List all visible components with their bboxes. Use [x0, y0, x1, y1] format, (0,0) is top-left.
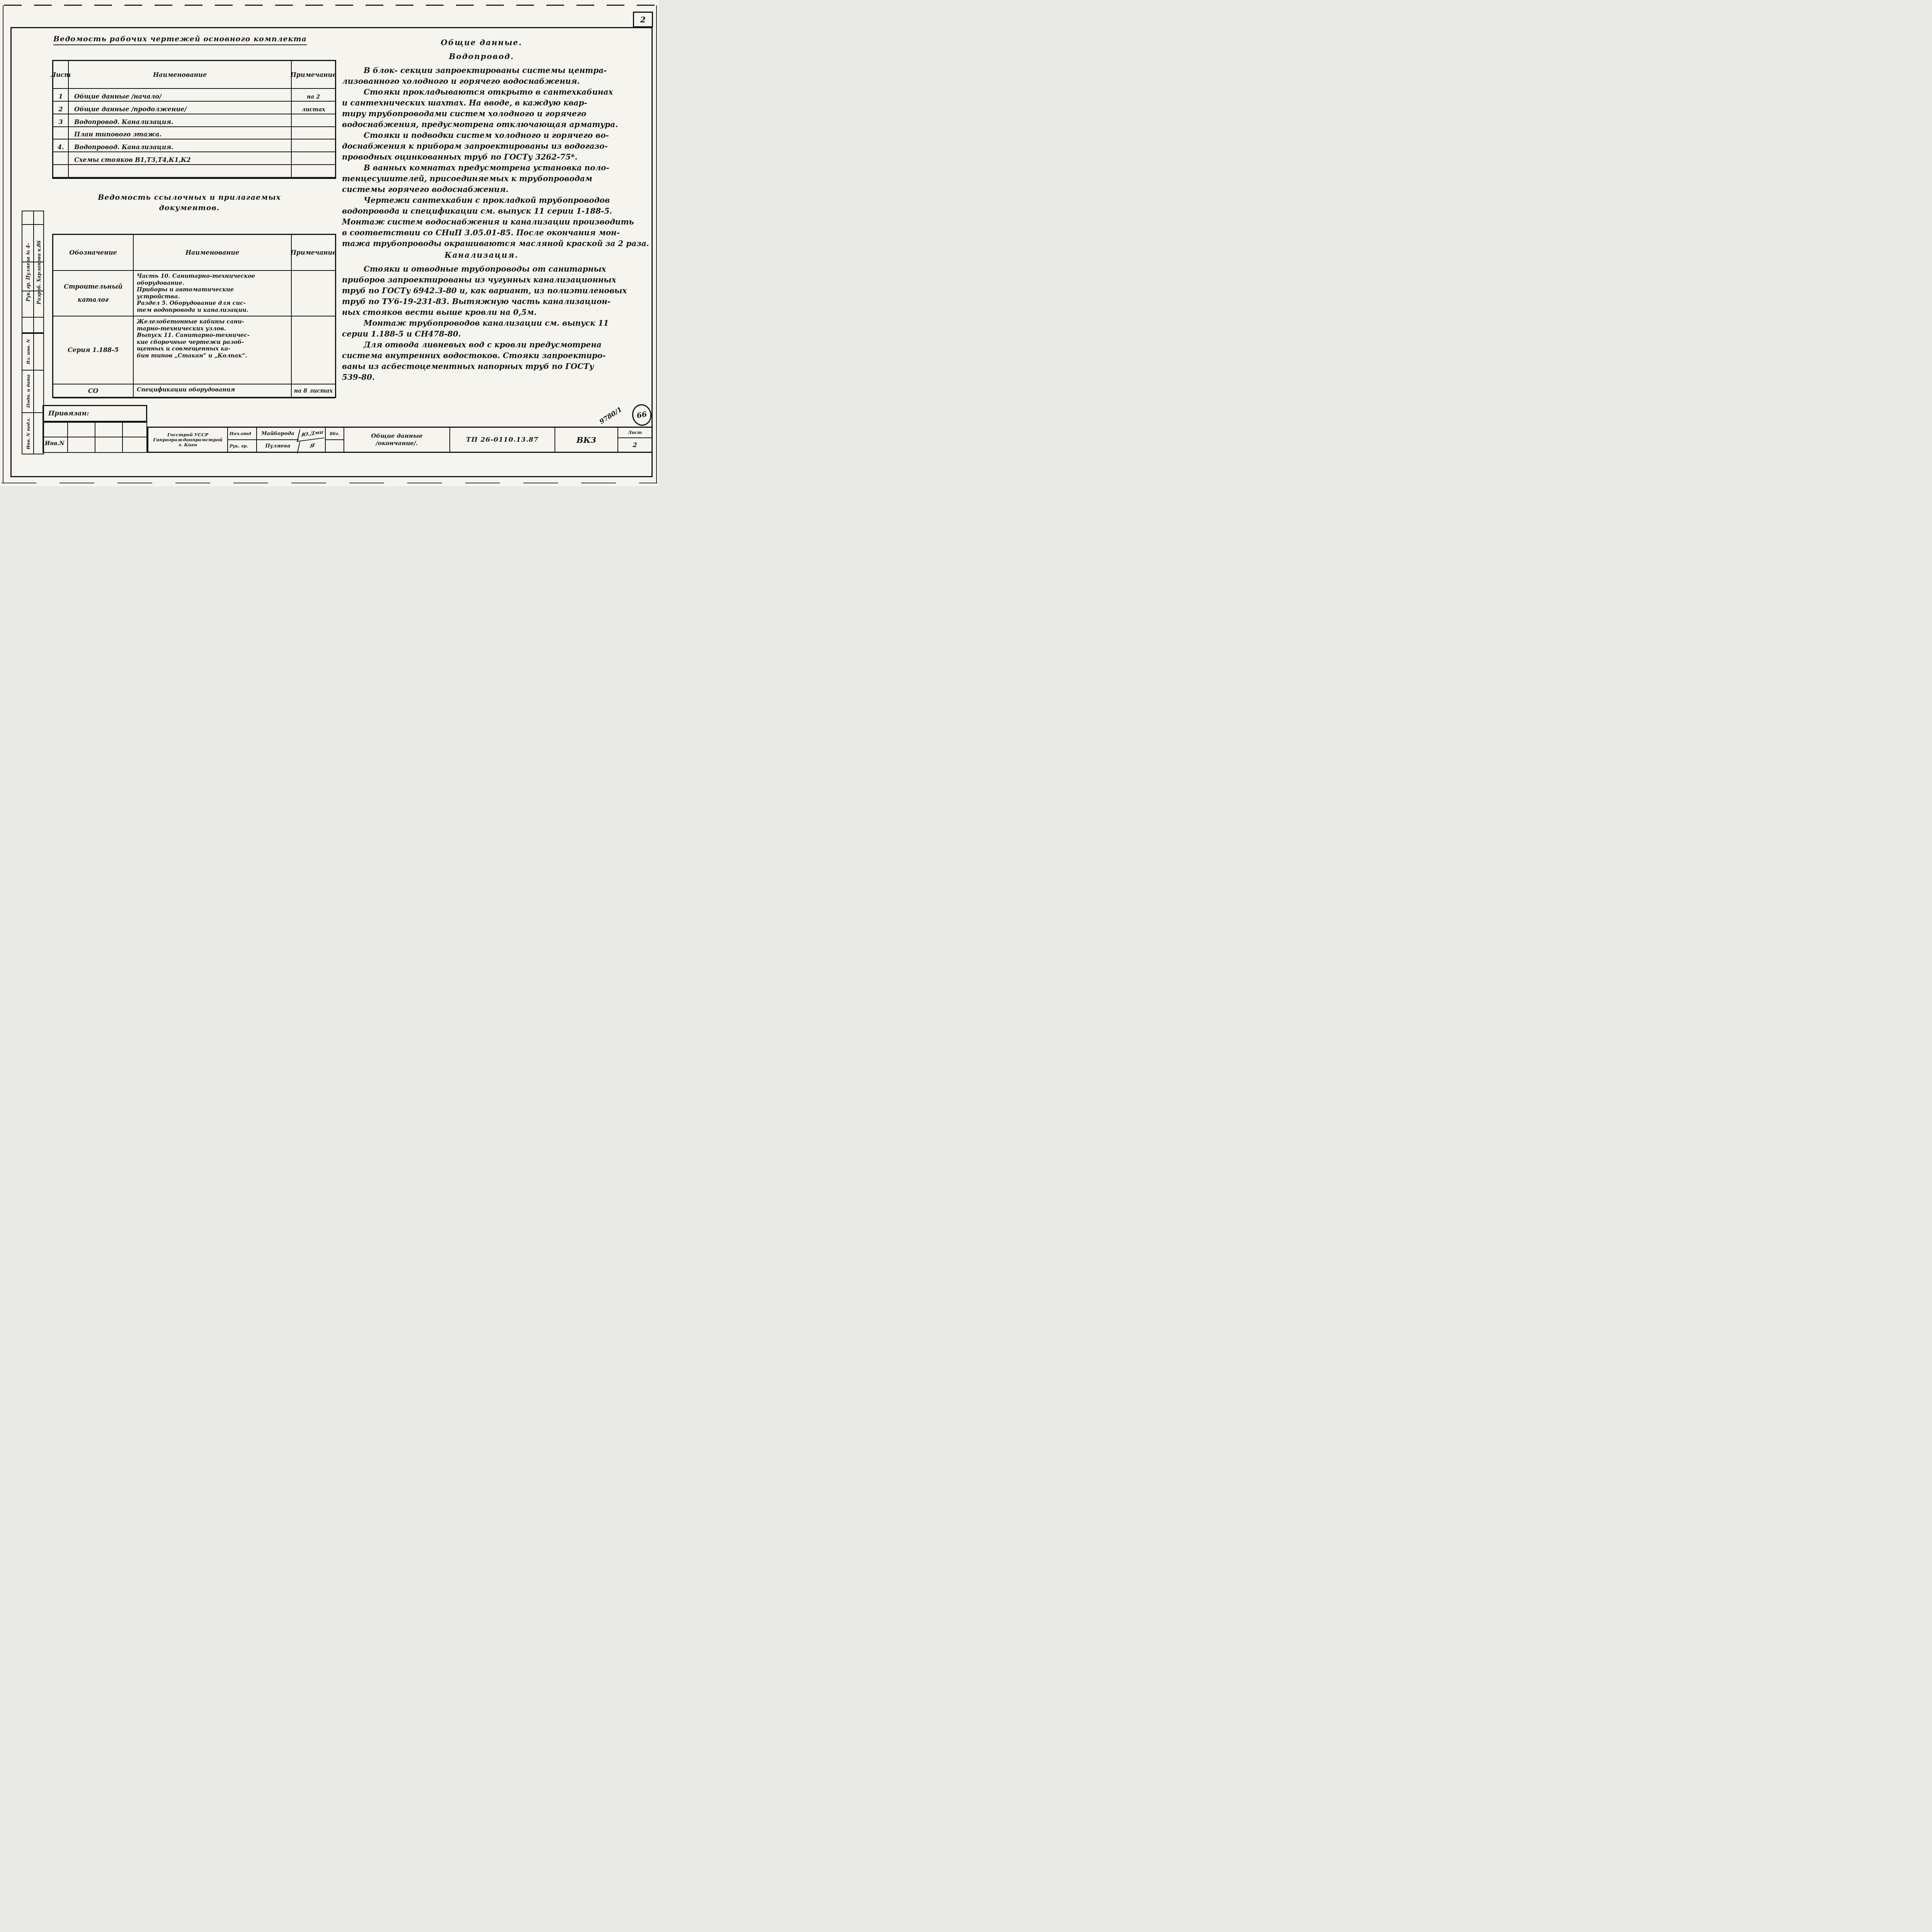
text-line: В блок- секции запроектированы системы ц…: [342, 65, 644, 76]
cell-name: Схемы стояков В1,Т3,Т4,К1,К2: [69, 152, 292, 165]
text-line: водопровода и спецификации см. выпуск 11…: [342, 206, 644, 216]
cell-sheet: [53, 165, 69, 178]
text-line: серии 1.188-5 и СН478-80.: [342, 328, 644, 339]
text-line: труб по ТУ6-19-231-83. Вытяжную часть ка…: [342, 296, 644, 307]
reference-docs-table: Обозначение Наименование Примечание Стро…: [52, 234, 336, 398]
text-line: лизованного холодного и горячего водосна…: [342, 76, 644, 87]
text-line: приборов запроектированы из чугунных кан…: [342, 274, 644, 285]
left-edge-line: [3, 5, 3, 483]
cell-name: Водопровод. Канализация.: [69, 139, 292, 152]
column-header-note: Примечание: [292, 61, 335, 89]
column-header-note: Примечание: [292, 235, 335, 271]
column-header-name: Наименование: [69, 61, 292, 89]
text-line: тиру трубопроводами систем холодного и г…: [342, 108, 644, 119]
text-line: труб по ГОСТу 6942.3-80 и, как вариант, …: [342, 285, 644, 296]
sidebar-lower-block: Вз. инв. N Подп. и дата Инв. N подл.: [22, 333, 44, 454]
text-line: тажа трубопроводы окрашиваются масляной …: [342, 238, 644, 249]
date-cell: [325, 440, 344, 452]
text-line: Стояки и отводные трубопроводы от санита…: [342, 264, 644, 274]
circled-number-value: 66: [636, 410, 648, 420]
cell-note: [292, 114, 335, 127]
cell-name: Водопровод. Канализация.: [69, 114, 292, 127]
cell-note: [292, 316, 335, 384]
sidebar-label-podp-data: Подп. и дата: [26, 374, 31, 408]
sidebar-divider: [22, 370, 43, 371]
column-header-code: Обозначение: [53, 235, 134, 271]
text-line: и сантехнических шахтах. На вводе, в каж…: [342, 97, 644, 108]
cell-sheet: [53, 152, 69, 165]
sidebar-divider: [22, 224, 43, 225]
drawing-sheet: 2 Рук. гр. Пуляева № 4- Разраб. Харланов…: [0, 0, 659, 486]
date-cell: 86г.: [325, 428, 344, 440]
cell-name: [69, 165, 292, 178]
sidebar-label-vzam-inv: Вз. инв. N: [26, 339, 31, 364]
sidebar-divider: [22, 317, 43, 318]
text-line: проводных оцинкованных труб по ГОСТу 326…: [342, 151, 644, 162]
text-line: Стояки прокладываются открыто в сантехка…: [342, 87, 644, 97]
cell-name: Общие данные /продолжение/: [69, 102, 292, 114]
corner-sheet-number: 2: [633, 12, 653, 27]
cell-sheet: 2: [53, 102, 69, 114]
sidebar-upper-block: Рук. гр. Пуляева № 4- Разраб. Харланова …: [22, 211, 44, 333]
sidebar-handwriting-developer: Разраб. Харланова к.86: [36, 240, 42, 304]
text-line: тенцесушителей, присоединяемых к трубопр…: [342, 173, 644, 184]
cell-name: Общие данные /начало/: [69, 89, 292, 102]
top-edge-line: [4, 5, 656, 6]
text-line: система внутренних водостоков. Стояки за…: [342, 350, 644, 361]
general-data-text: Общие данные. Водопровод. В блок- секции…: [342, 36, 644, 383]
sidebar-handwriting-lead: Рук. гр. Пуляева № 4-: [26, 243, 31, 301]
discipline-code-cell: ВК3: [554, 428, 617, 452]
organization-cell: Госстрой УССР Гипрогражданпромстрой г. К…: [148, 428, 227, 452]
working-drawings-title: Ведомость рабочих чертежей основного ком…: [53, 35, 307, 45]
text-line: Канализация.: [342, 250, 621, 260]
text-line: Общие данные.: [342, 37, 621, 48]
text-line: Монтаж трубопроводов канализации см. вып…: [342, 318, 644, 328]
cell-name: Железобетонные кабины сани- тарно-технич…: [134, 316, 292, 384]
text-line: в соответствии со СНиП 3.05.01-85. После…: [342, 227, 644, 238]
cell-code: Серия 1.188-5: [53, 316, 134, 384]
binding-label: Привязан:: [48, 410, 89, 417]
role-cell: Нач.отд: [227, 428, 256, 440]
sidebar-label-inv-podl: Инв. N подл.: [26, 418, 31, 449]
cell-name: Спецификации оборудования: [134, 384, 292, 398]
right-edge-line: [656, 5, 657, 483]
text-line: водоснабжения, предусмотрена отключающая…: [342, 119, 644, 130]
text-line: доснабжения к приборам запроектированы и…: [342, 141, 644, 151]
sheet-number-cell: 2: [617, 438, 651, 452]
binding-grid: [43, 422, 147, 453]
text-line: ных стояков вести выше кровли на 0,5м.: [342, 307, 644, 318]
text-line: Чертежи сантехкабин с прокладкой трубопр…: [342, 195, 644, 206]
cell-name: Часть 10. Санитарно-техническое оборудов…: [134, 271, 292, 316]
text-line: Монтаж систем водоснабжения и канализаци…: [342, 216, 644, 227]
bottom-edge-line: [2, 483, 657, 483]
text-line: Для отвода ливневых вод с кровли предусм…: [342, 339, 644, 350]
column-header-sheet: Лист: [53, 61, 69, 89]
cell-note: [292, 127, 335, 140]
cell-sheet: 1: [53, 89, 69, 102]
cell-sheet: [53, 127, 69, 140]
name-cell: Майборода: [256, 428, 299, 440]
cell-code: Строительный каталог: [53, 271, 134, 316]
cell-note: листах: [292, 102, 335, 114]
cell-note: [292, 165, 335, 178]
reference-docs-title: Ведомость ссылочных и прилагаемых докуме…: [81, 192, 298, 213]
text-line: 539-80.: [342, 372, 644, 383]
document-number-cell: ТП 26-0110.13.87: [449, 428, 554, 452]
cell-code: СО: [53, 384, 134, 398]
text-line: В ванных комнатах предусмотрена установк…: [342, 162, 644, 173]
cell-note: [292, 139, 335, 152]
column-header-name: Наименование: [134, 235, 292, 271]
sidebar-divider: [33, 211, 34, 332]
cell-note: на 8 листах: [292, 384, 335, 398]
name-cell: Пуляева: [256, 440, 299, 452]
sidebar-divider: [33, 334, 34, 454]
cell-note: [292, 271, 335, 316]
cell-sheet: 3: [53, 114, 69, 127]
text-line: ваны из асбестоцементных напорных труб п…: [342, 361, 644, 372]
working-drawings-table: Лист Наименование Примечание 1 Общие дан…: [52, 60, 336, 179]
title-block: Госстрой УССР Гипрогражданпромстрой г. К…: [147, 427, 653, 453]
text-line: Стояки и подводки систем холодного и гор…: [342, 130, 644, 141]
cell-name: План типового этажа.: [69, 127, 292, 140]
text-line: системы горячего водоснабжения.: [342, 184, 644, 195]
document-title-cell: Общие данные /окончание/.: [344, 428, 449, 452]
role-cell: Рук. гр.: [227, 440, 256, 452]
text-line: Водопровод.: [342, 51, 621, 62]
sheet-label-cell: Лист: [617, 428, 651, 438]
sidebar-divider: [22, 412, 43, 413]
corner-sheet-number-value: 2: [640, 15, 646, 24]
cell-note: на 2: [292, 89, 335, 102]
inventory-number-label: Инв.N: [45, 440, 64, 447]
cell-sheet: 4.: [53, 139, 69, 152]
cell-note: [292, 152, 335, 165]
binding-label-box: Привязан:: [43, 405, 147, 422]
